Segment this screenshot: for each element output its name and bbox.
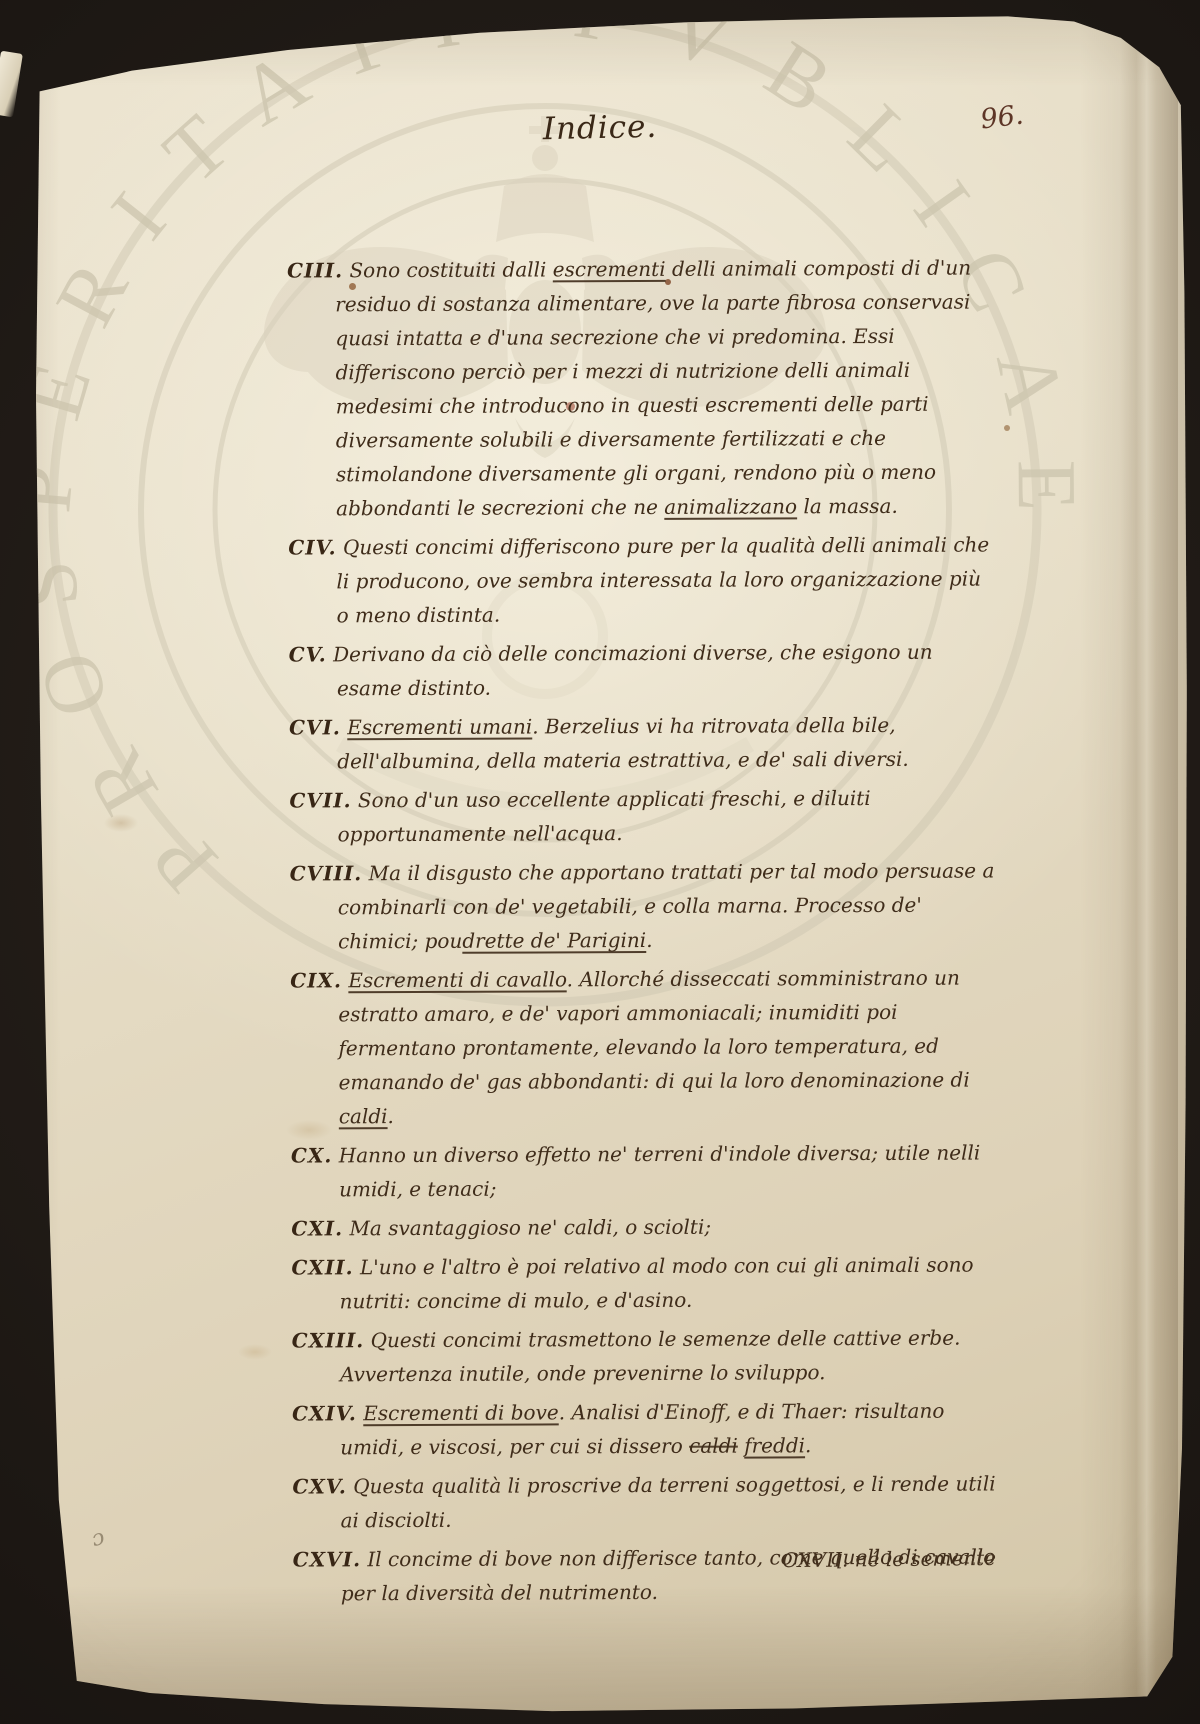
entry-numeral: CVI. xyxy=(289,715,341,739)
entry-text-segment: . xyxy=(805,1433,811,1457)
entry-text-segment: Questa qualità li proscrive da terreni s… xyxy=(341,1471,996,1532)
index-entry: CXIV. Escrementi di bove. Analisi d'Eino… xyxy=(292,1393,998,1464)
index-entry: CIX. Escrementi di cavallo. Allorché dis… xyxy=(290,960,997,1133)
index-entry: CXV. Questa qualità li proscrive da terr… xyxy=(292,1466,998,1537)
entry-text-segment: la massa. xyxy=(797,494,898,518)
entry-text-segment: Escrementi di bove xyxy=(363,1400,559,1425)
entry-numeral: CXIII. xyxy=(292,1328,365,1352)
manuscript-page: PROSPERITATI PVBLICAE xyxy=(0,0,1200,1724)
entry-text-segment: . xyxy=(646,928,652,952)
index-entry: CXI. Ma svantaggioso ne' caldi, o sciolt… xyxy=(291,1208,997,1245)
entry-text-segment: Questi concimi differiscono pure per la … xyxy=(336,532,989,627)
entry-text-segment: delli animali composti di d'un residuo d… xyxy=(335,256,971,521)
index-entry: CVIII. Ma il disgusto che apportano trat… xyxy=(290,853,996,958)
entry-numeral: CV. xyxy=(289,642,327,666)
stain-spot xyxy=(238,1344,272,1360)
marginal-pen-mark: ɔ xyxy=(89,1525,107,1552)
entry-text-segment: Escrementi di cavallo xyxy=(348,967,566,992)
index-entry: CXIII. Questi concimi trasmettono le sem… xyxy=(292,1320,998,1391)
entry-text-segment: animalizzano xyxy=(664,494,797,519)
entry-numeral: CX. xyxy=(291,1143,333,1167)
entry-numeral: CXIV. xyxy=(292,1401,357,1425)
stain-spot xyxy=(1004,425,1010,431)
index-entry: CXII. L'uno e l'altro è poi relativo al … xyxy=(291,1247,997,1318)
entry-text-segment: L'uno e l'altro è poi relativo al modo c… xyxy=(340,1253,974,1314)
index-entry: CX. Hanno un diverso effetto ne' terreni… xyxy=(291,1135,997,1206)
entry-text-segment: Ma svantaggioso ne' caldi, o sciolti; xyxy=(349,1215,711,1241)
page-fore-edge-crease xyxy=(1120,34,1178,1698)
entry-text-segment: . xyxy=(387,1104,393,1128)
stain-spot xyxy=(104,814,138,832)
entry-text-segment: caldi xyxy=(689,1434,738,1458)
entry-text-segment: Sono costituiti dalli xyxy=(349,257,552,282)
entry-numeral: CIII. xyxy=(287,258,343,282)
entry-text-segment: Ma il disgusto che apportano trattati pe… xyxy=(338,858,995,953)
page-title: Indice. xyxy=(440,107,761,150)
entry-text-segment: Hanno un diverso effetto ne' terreni d'i… xyxy=(339,1141,981,1202)
entry-numeral: CVIII. xyxy=(290,861,363,885)
catchword: CXVII. né le semente xyxy=(600,1546,996,1574)
index-entry: CVI. Escrementi umani. Berzelius vi ha r… xyxy=(289,707,995,778)
entry-text-segment: drette de' Parigini xyxy=(462,928,646,953)
entry-text-segment: escrementi xyxy=(553,257,666,281)
index-entry: CV. Derivano da ciò delle concimazioni d… xyxy=(289,634,995,705)
entry-numeral: CXII. xyxy=(291,1255,353,1279)
entry-numeral: CXVI. xyxy=(293,1547,361,1571)
index-entries: CIII. Sono costituiti dalli escrementi d… xyxy=(287,250,999,1615)
entry-numeral: CXV. xyxy=(292,1474,347,1498)
entry-text-segment: Derivano da ciò delle concimazioni diver… xyxy=(333,640,933,701)
entry-text-segment: Questi concimi trasmettono le semenze de… xyxy=(340,1326,961,1387)
entry-text-segment: freddi xyxy=(744,1433,805,1457)
entry-numeral: CVII. xyxy=(289,788,351,812)
previous-page-edge xyxy=(0,51,23,118)
index-entry: CVII. Sono d'un uso eccellente applicati… xyxy=(289,780,995,851)
entry-text-segment: Sono d'un uso eccellente applicati fresc… xyxy=(338,786,871,846)
entry-numeral: CXI. xyxy=(291,1216,343,1240)
index-entry: CIV. Questi concimi differiscono pure pe… xyxy=(288,527,994,632)
entry-numeral: CIX. xyxy=(290,968,342,992)
entry-numeral: CIV. xyxy=(288,535,336,559)
index-entry: CIII. Sono costituiti dalli escrementi d… xyxy=(287,250,994,525)
page-number: 96. xyxy=(950,96,1053,139)
entry-text-segment: Escrementi umani xyxy=(347,714,532,739)
entry-text-segment: caldi xyxy=(339,1104,388,1128)
manuscript-photo: PROSPERITATI PVBLICAE xyxy=(0,0,1200,1724)
